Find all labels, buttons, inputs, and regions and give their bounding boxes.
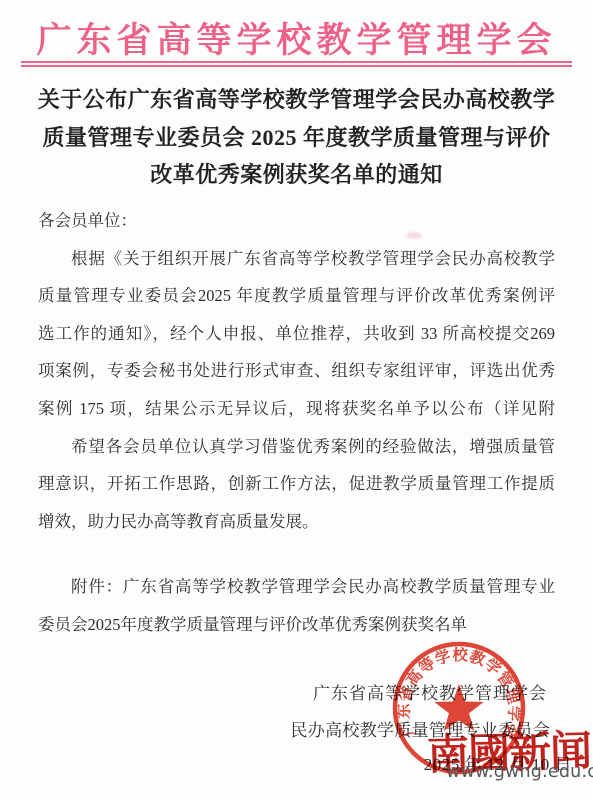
- paragraph-1-line: 质量管理专业委员会2025 年度教学质量管理与评价改革优秀案例评: [38, 277, 555, 315]
- scan-artifact: [406, 232, 422, 239]
- paragraph-2-line: 增效，助力民办高等教育高质量发展。: [38, 503, 555, 541]
- paragraph-1-line: 选工作的通知》，经个人申报、单位推荐，共收到 33 所高校提交269: [38, 315, 555, 353]
- attachment-line: 附件：广东省高等学校教学管理学会民办高校教学质量管理专业: [38, 568, 555, 606]
- doc-title: 关于公布广东省高等学校教学管理学会民办高校教学 质量管理专业委员会 2025 年…: [0, 81, 593, 194]
- paragraph-1-line: 项案例，专委会秘书处进行形式审查、组织专家组评审，评选出优秀: [38, 352, 555, 390]
- document-page: 广东省高等学校教学管理学会 关于公布广东省高等学校教学管理学会民办高校教学 质量…: [0, 0, 593, 800]
- paragraph-2-line: 希望各会员单位认真学习借鉴优秀案例的经验做法，增强质量管: [38, 428, 555, 466]
- watermark-url: www.gwng.edu.cn: [446, 762, 593, 782]
- doc-title-line-3: 改革优秀案例获奖名单的通知: [0, 156, 593, 194]
- paragraph-1-line: 案例 175 项，结果公示无异议后，现将获奖名单予以公布（详见附件）。: [38, 390, 555, 428]
- doc-body: 各会员单位： 根据《关于组织开展广东省高等学校教学管理学会民办高校教学 质量管理…: [38, 202, 555, 644]
- paragraph-1-line: 根据《关于组织开展广东省高等学校教学管理学会民办高校教学: [38, 240, 555, 278]
- attachment-note: 附件：广东省高等学校教学管理学会民办高校教学质量管理专业 委员会2025年度教学…: [38, 568, 555, 643]
- doc-title-line-2: 质量管理专业委员会 2025 年度教学质量管理与评价: [0, 119, 593, 157]
- masthead-org-name: 广东省高等学校教学管理学会: [0, 13, 593, 63]
- masthead-divider: [21, 61, 572, 67]
- salutation: 各会员单位：: [38, 202, 555, 240]
- paragraph-2-line: 理意识，开拓工作思路，创新工作方法，促进教学质量管理工作提质: [38, 465, 555, 503]
- attachment-line: 委员会2025年度教学质量管理与评价改革优秀案例获奖名单: [38, 606, 555, 644]
- doc-title-line-1: 关于公布广东省高等学校教学管理学会民办高校教学: [0, 81, 593, 119]
